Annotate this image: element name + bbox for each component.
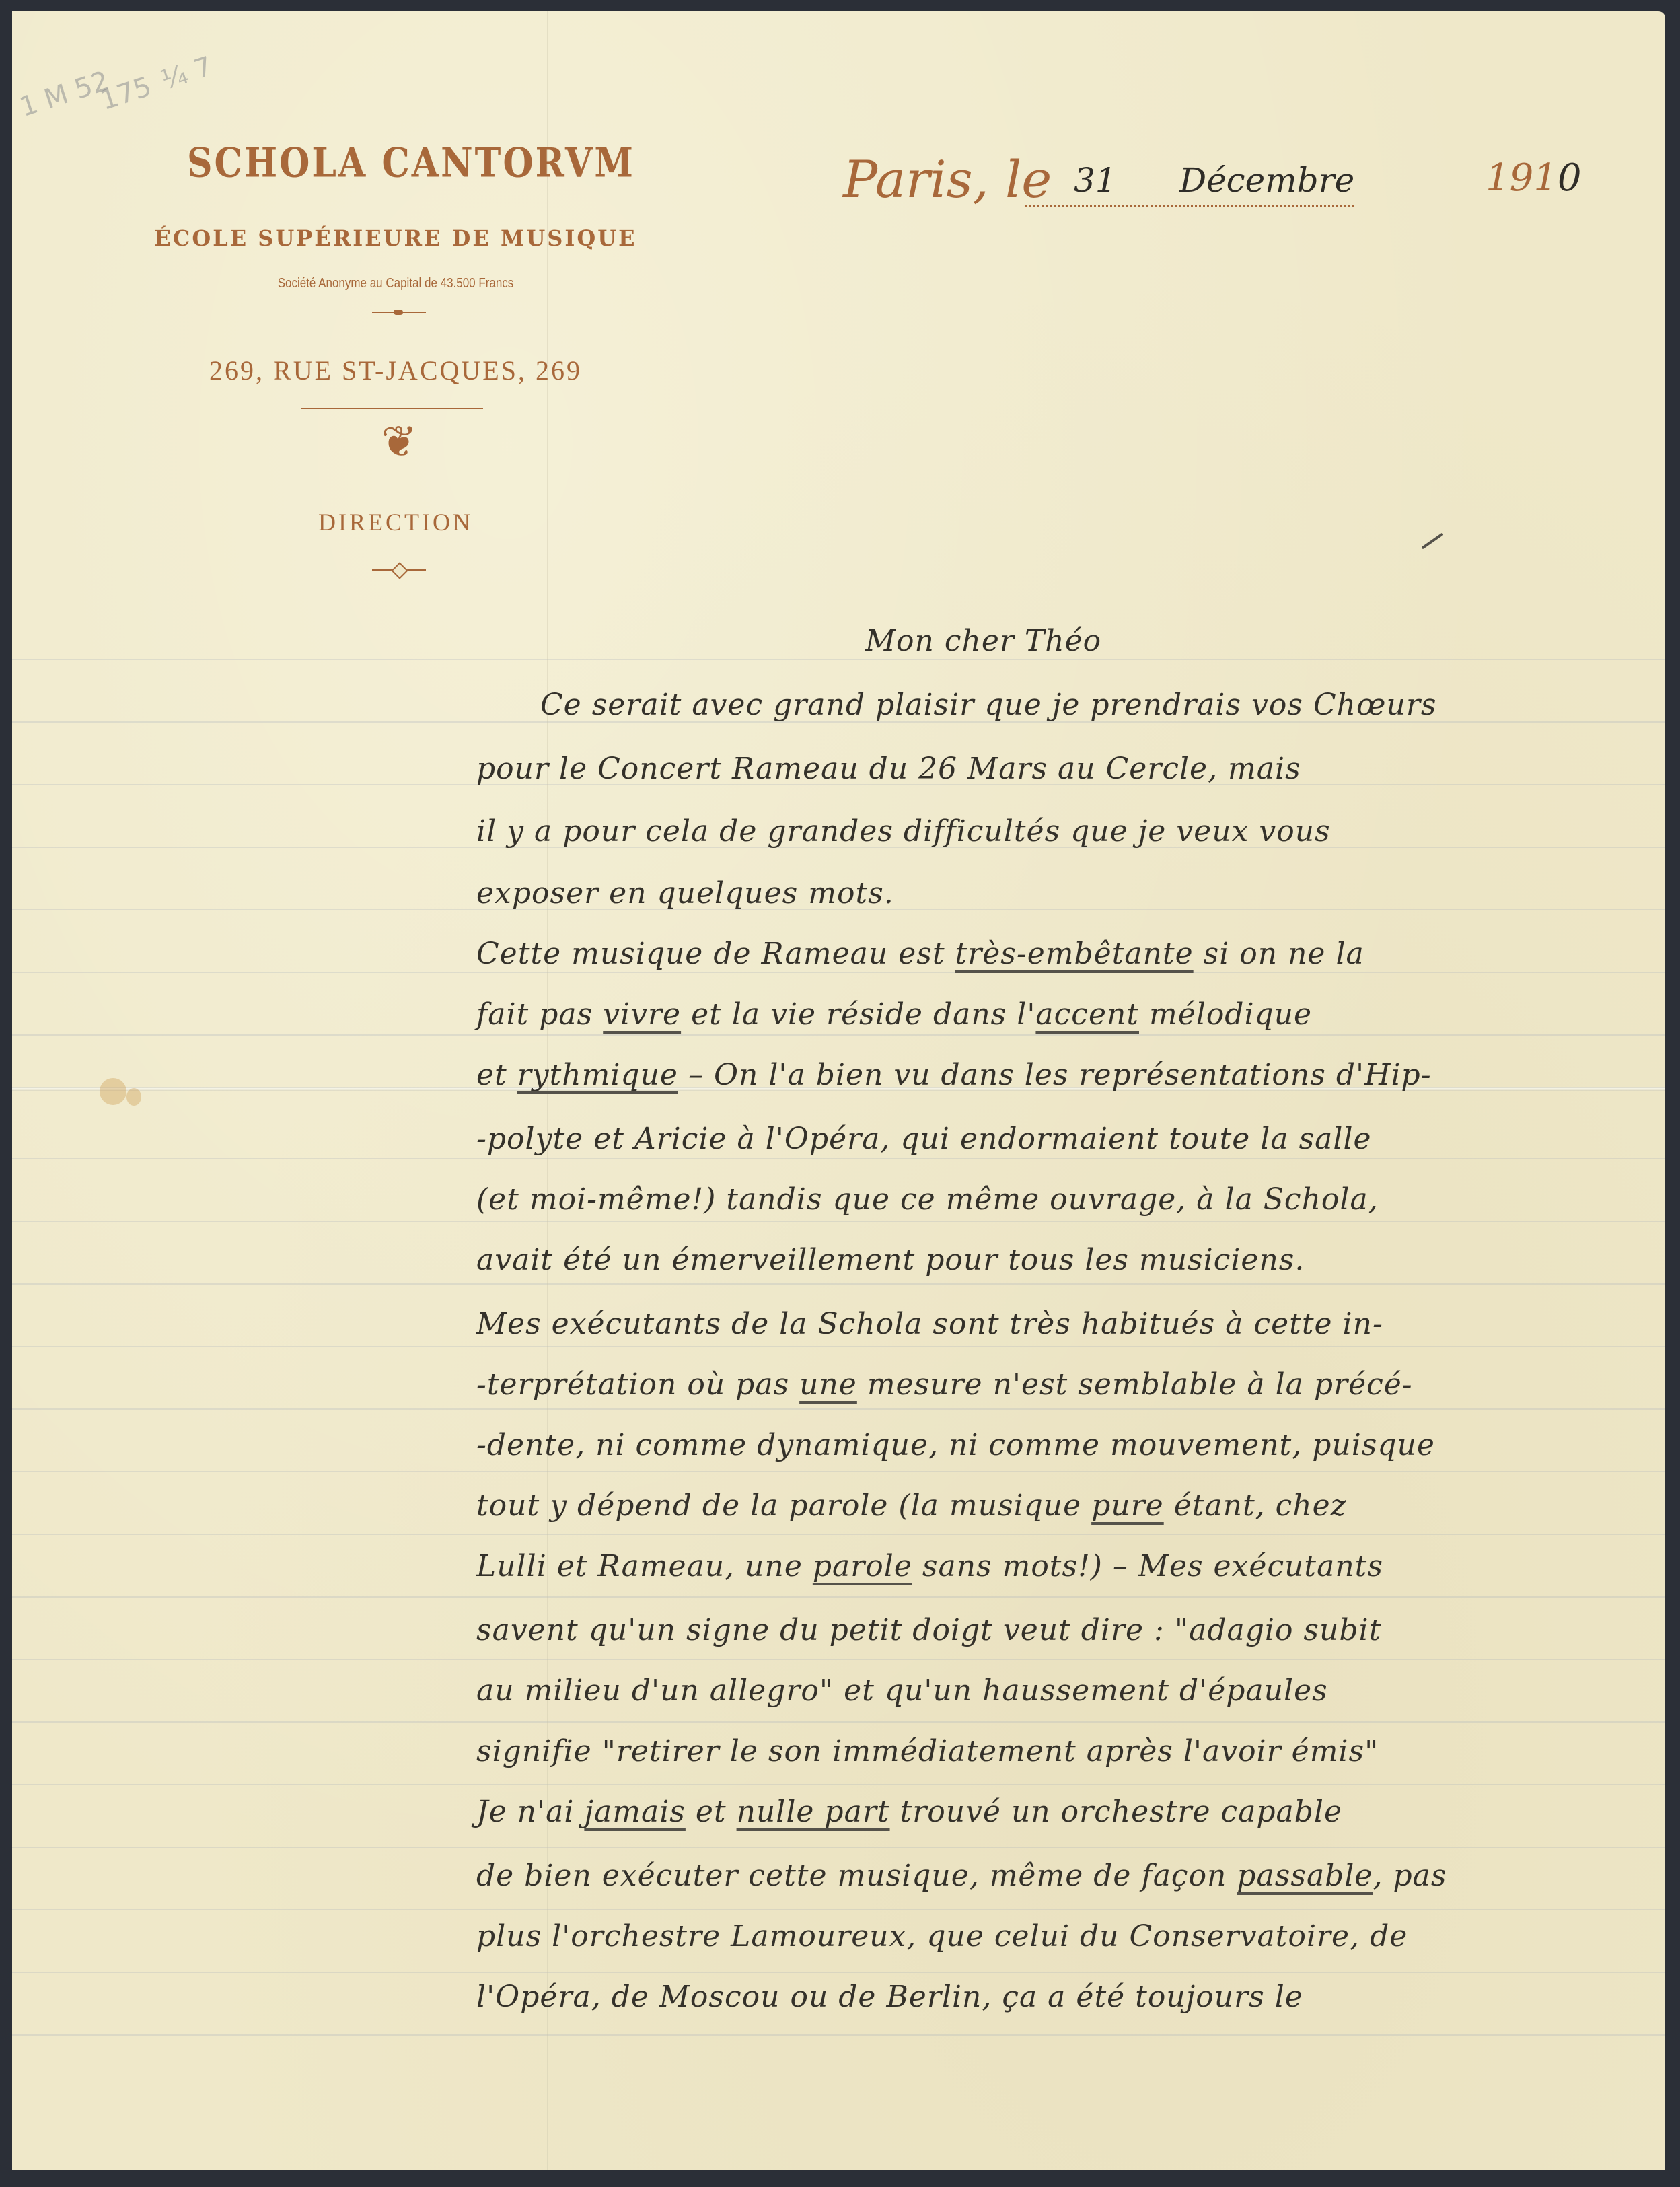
underlined-emphasis: parole [813,1549,912,1583]
underlined-emphasis: nulle part [737,1795,890,1829]
ruled-line [12,1471,1665,1472]
letter-line: Ce serait avec grand plaisir que je pren… [540,688,1436,722]
letter-line: signifie "retirer le son immédiatement a… [476,1734,1379,1768]
underlined-emphasis: très-embêtante [955,937,1194,971]
pencil-annotation: ¼ 7 [157,50,216,96]
ruled-line [12,1158,1665,1159]
letter-line: pour le Concert Rameau du 26 Mars au Cer… [476,752,1301,786]
dateline-day: 31 [1074,161,1117,200]
letter-line: et rythmique – On l'a bien vu dans les r… [476,1058,1432,1092]
ruled-line [12,1221,1665,1222]
letter-line: -terprétation où pas une mesure n'est se… [476,1367,1413,1402]
letter-line: Je n'ai jamais et nulle part trouvé un o… [476,1795,1342,1829]
institution-subtitle: ÉCOLE SUPÉRIEURE DE MUSIQUE [120,225,671,251]
letter-line: -polyte et Aricie à l'Opéra, qui endorma… [476,1122,1372,1156]
foxing-stain [126,1088,141,1106]
letter-line: il y a pour cela de grandes difficultés … [476,814,1331,849]
letter-line: avait été un émerveillement pour tous le… [476,1243,1305,1277]
underlined-emphasis: passable [1237,1859,1373,1893]
letter-line: au milieu d'un allegro" et qu'un haussem… [476,1674,1328,1708]
institution-address: 269, RUE ST-JACQUES, 269 [153,355,638,386]
institution-name: SCHOLA CANTORVM [187,139,618,186]
dateline-month: Décembre [1179,161,1354,200]
diamond-ornament-icon [372,560,426,580]
underlined-emphasis: accent [1035,997,1139,1032]
ruled-line [12,1721,1665,1723]
company-capital-note: Société Anonyme au Capital de 43.500 Fra… [258,276,533,291]
flourish-ornament-icon: ❦ [365,410,433,474]
dateline-place: Paris, le [843,149,1052,209]
letter-line: (et moi-même!) tandis que ce même ouvrag… [476,1182,1379,1217]
ruled-line [12,1408,1665,1410]
ruled-line [12,1346,1665,1347]
ruled-line [12,1283,1665,1285]
ruled-line [12,2034,1665,2036]
ruled-line [12,972,1665,973]
ruled-line [12,1847,1665,1848]
letter-line: exposer en quelques mots. [476,876,894,910]
letter-line: -dente, ni comme dynamique, ni comme mou… [476,1428,1435,1462]
letter-line: Cette musique de Rameau est très-embêtan… [476,937,1364,971]
underlined-emphasis: pure [1091,1489,1164,1523]
ruled-line [12,1034,1665,1036]
salutation: Mon cher Théo [865,624,1101,658]
ruled-line [12,1596,1665,1598]
pen-stroke-mark [1421,532,1443,549]
letter-line: Mes exécutants de la Schola sont très ha… [476,1307,1383,1341]
ruled-line [12,659,1665,660]
letter-line: plus l'orchestre Lamoureux, que celui du… [476,1919,1408,1953]
year-printed: 191 [1486,156,1558,200]
underlined-emphasis: une [799,1367,857,1402]
pencil-annotation: 1 M 52 [16,65,113,123]
dateline-year: 1910 [1486,156,1582,200]
letter-line: de bien exécuter cette musique, même de … [476,1859,1447,1893]
underlined-emphasis: rythmique [517,1058,678,1092]
department-label: DIRECTION [254,508,537,536]
ruled-line [12,1909,1665,1910]
ornament-divider-icon [372,309,426,316]
letter-line: l'Opéra, de Moscou ou de Berlin, ça a ét… [476,1980,1303,2014]
letter-page: 1 M 52 175 ¼ 7 SCHOLA CANTORVM ÉCOLE SUP… [12,11,1665,2170]
ruled-line [12,1972,1665,1973]
letterhead-rule [301,408,483,409]
letter-line: Lulli et Rameau, une parole sans mots!) … [476,1549,1383,1583]
letter-line: fait pas vivre et la vie réside dans l'a… [476,997,1312,1032]
foxing-stain [100,1078,126,1105]
ruled-line [12,1534,1665,1535]
year-handwritten-digit: 0 [1558,156,1582,200]
underlined-emphasis: vivre [603,997,681,1032]
dateline-dotted-rule [1025,205,1354,207]
underlined-emphasis: jamais [584,1795,685,1829]
ruled-line [12,1784,1665,1785]
letter-line: tout y dépend de la parole (la musique p… [476,1489,1347,1523]
ruled-line [12,1659,1665,1660]
letter-line: savent qu'un signe du petit doigt veut d… [476,1613,1381,1647]
